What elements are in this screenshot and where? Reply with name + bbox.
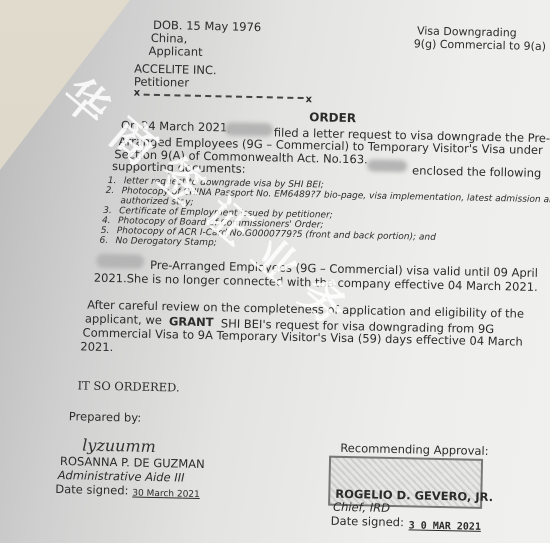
intro-line-3b: enclosed the following	[412, 164, 541, 180]
recommending-date-label: Date signed:	[331, 515, 404, 530]
closing-statement: IT SO ORDERED.	[77, 379, 179, 394]
recommending-date-value: 3 0 MAR 2021	[409, 519, 482, 534]
case-title-line2: 9(g) Commercial to 9(a)	[414, 37, 546, 53]
prepared-date-value: 30 March 2021	[132, 488, 200, 502]
prepared-by-label: Prepared by:	[69, 410, 142, 425]
recommending-title: Chief, IRD	[333, 501, 390, 515]
doc-num-6: 6.	[99, 236, 108, 247]
applicant-role: Applicant	[148, 45, 202, 59]
separator-right-x: x	[305, 93, 312, 106]
redacted-name	[225, 122, 273, 136]
petitioner-role: Petitioner	[134, 75, 189, 89]
redacted-name-2	[367, 159, 407, 172]
para3-line-4: 2021.	[80, 340, 113, 354]
redacted-name-3	[96, 254, 144, 269]
order-title: ORDER	[309, 111, 356, 125]
prepared-date-label: Date signed:	[55, 483, 128, 498]
dashed-separator	[144, 94, 304, 99]
doc-item-6: No Derogatory Stamp;	[115, 236, 216, 249]
prepared-signature: lyzuumm	[82, 435, 156, 456]
doc-num-2: 2.	[105, 186, 114, 197]
